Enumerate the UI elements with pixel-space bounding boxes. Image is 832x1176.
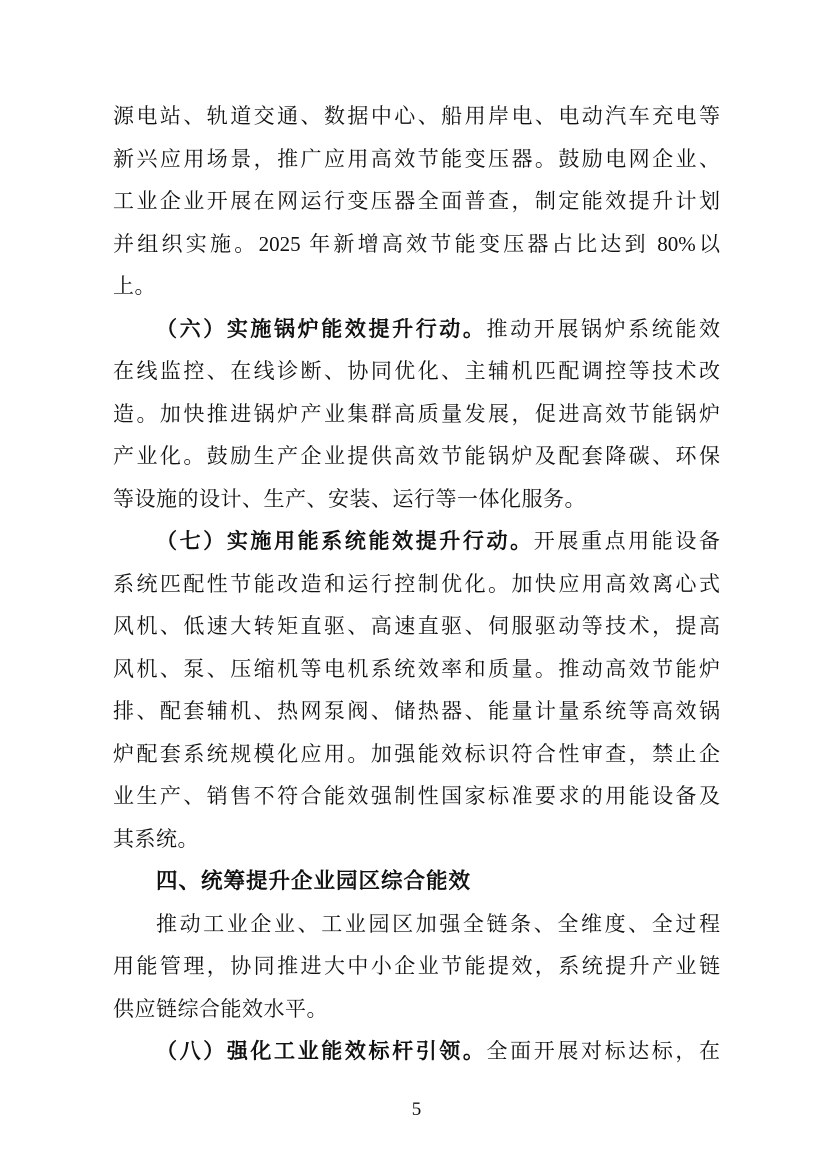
line-text: 供应链综合能效水平。 — [113, 997, 328, 1021]
line-text: 源电站、轨道交通、数据中心、船用岸电、电动汽车充电等 — [113, 104, 720, 128]
line-text: 其系统。 — [113, 827, 199, 851]
line-text: 造。加快推进锅炉产业集群高质量发展，促进高效节能锅炉 — [113, 402, 720, 426]
document-line: 推动工业企业、工业园区加强全链条、全维度、全过程 — [113, 903, 720, 946]
line-text: 产业化。鼓励生产企业提供高效节能锅炉及配套降碳、环保 — [113, 444, 720, 468]
line-text: 开展重点用能设备 — [534, 529, 720, 553]
line-text: 上。 — [113, 274, 156, 298]
page-number: 5 — [113, 1096, 720, 1124]
line-text: 用能管理，协同推进大中小企业节能提效，系统提升产业链 — [113, 954, 720, 978]
document-line: 系统匹配性节能改造和运行控制优化。加快应用高效离心式 — [113, 563, 720, 606]
bold-lead-in: （六）实施锅炉能效提升行动。 — [156, 317, 487, 341]
document-line: 风机、泵、压缩机等电机系统效率和质量。推动高效节能炉 — [113, 648, 720, 691]
document-line: （八）强化工业能效标杆引领。全面开展对标达标，在 — [113, 1030, 720, 1073]
line-text: 系统匹配性节能改造和运行控制优化。加快应用高效离心式 — [113, 572, 720, 596]
document-line: 排、配套辅机、热网泵阀、储热器、能量计量系统等高效锅 — [113, 690, 720, 733]
document-line: 源电站、轨道交通、数据中心、船用岸电、电动汽车充电等 — [113, 95, 720, 138]
document-line: 供应链综合能效水平。 — [113, 988, 720, 1031]
document-line: 炉配套系统规模化应用。加强能效标识符合性审查，禁止企 — [113, 733, 720, 776]
document-line: （七）实施用能系统能效提升行动。开展重点用能设备 — [113, 520, 720, 563]
document-body: 源电站、轨道交通、数据中心、船用岸电、电动汽车充电等新兴应用场景，推广应用高效节… — [113, 95, 720, 1073]
document-line: 其系统。 — [113, 818, 720, 861]
document-line: 造。加快推进锅炉产业集群高质量发展，促进高效节能锅炉 — [113, 393, 720, 436]
line-text: 业生产、销售不符合能效强制性国家标准要求的用能设备及 — [113, 784, 720, 808]
document-line: 并组织实施。2025 年新增高效节能变压器占比达到 80%以 — [113, 223, 720, 266]
document-line: 上。 — [113, 265, 720, 308]
line-text: 风机、泵、压缩机等电机系统效率和质量。推动高效节能炉 — [113, 657, 720, 681]
line-text: 并组织实施。2025 年新增高效节能变压器占比达到 80%以 — [113, 232, 720, 256]
line-text: 在线监控、在线诊断、协同优化、主辅机匹配调控等技术改 — [113, 359, 720, 383]
document-line: （六）实施锅炉能效提升行动。推动开展锅炉系统能效 — [113, 308, 720, 351]
document-line: 新兴应用场景，推广应用高效节能变压器。鼓励电网企业、 — [113, 138, 720, 181]
line-text: 四、统筹提升企业园区综合能效 — [156, 869, 471, 893]
section-heading: 四、统筹提升企业园区综合能效 — [113, 860, 720, 903]
document-line: 在线监控、在线诊断、协同优化、主辅机匹配调控等技术改 — [113, 350, 720, 393]
line-text: 推动工业企业、工业园区加强全链条、全维度、全过程 — [156, 912, 720, 936]
document-line: 风机、低速大转矩直驱、高速直驱、伺服驱动等技术，提高 — [113, 605, 720, 648]
line-text: 等设施的设计、生产、安装、运行等一体化服务。 — [113, 487, 586, 511]
document-line: 产业化。鼓励生产企业提供高效节能锅炉及配套降碳、环保 — [113, 435, 720, 478]
bold-lead-in: （七）实施用能系统能效提升行动。 — [156, 529, 534, 553]
line-text: 推动开展锅炉系统能效 — [487, 317, 720, 341]
line-text: 排、配套辅机、热网泵阀、储热器、能量计量系统等高效锅 — [113, 699, 720, 723]
document-line: 用能管理，协同推进大中小企业节能提效，系统提升产业链 — [113, 945, 720, 988]
line-text: 炉配套系统规模化应用。加强能效标识符合性审查，禁止企 — [113, 742, 720, 766]
document-line: 业生产、销售不符合能效强制性国家标准要求的用能设备及 — [113, 775, 720, 818]
line-text: 全面开展对标达标，在 — [487, 1039, 720, 1063]
document-line: 工业企业开展在网运行变压器全面普查，制定能效提升计划 — [113, 180, 720, 223]
document-line: 等设施的设计、生产、安装、运行等一体化服务。 — [113, 478, 720, 521]
line-text: 风机、低速大转矩直驱、高速直驱、伺服驱动等技术，提高 — [113, 614, 720, 638]
line-text: 新兴应用场景，推广应用高效节能变压器。鼓励电网企业、 — [113, 147, 720, 171]
line-text: 工业企业开展在网运行变压器全面普查，制定能效提升计划 — [113, 189, 720, 213]
document-page: 源电站、轨道交通、数据中心、船用岸电、电动汽车充电等新兴应用场景，推广应用高效节… — [0, 0, 832, 1176]
bold-lead-in: （八）强化工业能效标杆引领。 — [156, 1039, 487, 1063]
